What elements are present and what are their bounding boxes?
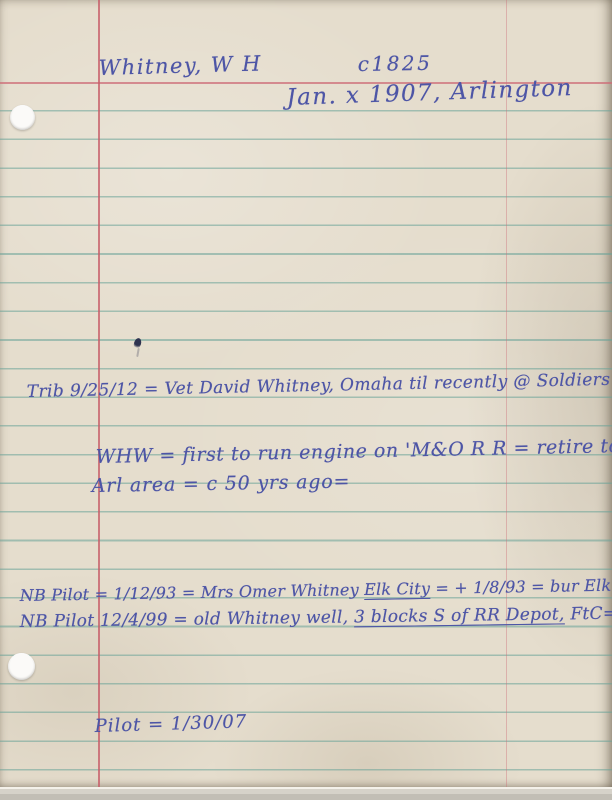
- note-text: FtC=: [565, 604, 612, 625]
- note-text: Pilot = 1/30/07: [94, 711, 247, 737]
- death-date-line: Jan. x 1907, Arlington: [286, 75, 573, 111]
- note-nb-pilot-1899: NB Pilot 12/4/99 = old Whitney well, 3 b…: [20, 604, 612, 632]
- note-whw-engine-line2: Arl area = c 50 yrs ago=: [92, 470, 351, 497]
- ink-smudge-tail: [136, 348, 140, 357]
- right-margin-line: [506, 0, 507, 787]
- note-text: WHW = first to run engine on 'M&O R R = …: [96, 435, 612, 468]
- note-text-underlined: Elk City: [364, 579, 430, 599]
- scanned-note-page: Whitney, W H c1825 Jan. x 1907, Arlingto…: [0, 0, 612, 800]
- paper-sheet: Whitney, W H c1825 Jan. x 1907, Arlingto…: [0, 0, 612, 787]
- note-nb-pilot-1893: NB Pilot = 1/12/93 = Mrs Omer Whitney El…: [20, 575, 612, 605]
- note-pilot-1907: Pilot = 1/30/07: [94, 711, 247, 737]
- punch-hole-top: [10, 105, 35, 130]
- note-text: Trib 9/25/12 = Vet David Whitney, Omaha …: [27, 368, 612, 402]
- note-text: Arl area = c 50 yrs ago=: [92, 470, 351, 497]
- note-text: NB Pilot = 1/12/93 = Mrs Omer Whitney: [20, 580, 365, 605]
- note-whw-engine-line1: WHW = first to run engine on 'M&O R R = …: [96, 435, 612, 468]
- surname-heading: Whitney, W H: [98, 51, 262, 80]
- note-text-underlined: 3 blocks S of RR Depot,: [354, 604, 565, 627]
- punch-hole-bottom: [8, 653, 35, 680]
- note-text: NB Pilot 12/4/99 = old Whitney well,: [20, 607, 354, 632]
- note-text: = + 1/8/93 = bur Elk City: [430, 575, 612, 598]
- scan-bottom-edge: [0, 787, 612, 800]
- note-tribune-1912: Trib 9/25/12 = Vet David Whitney, Omaha …: [27, 368, 612, 402]
- birth-year-note: c1825: [358, 51, 433, 76]
